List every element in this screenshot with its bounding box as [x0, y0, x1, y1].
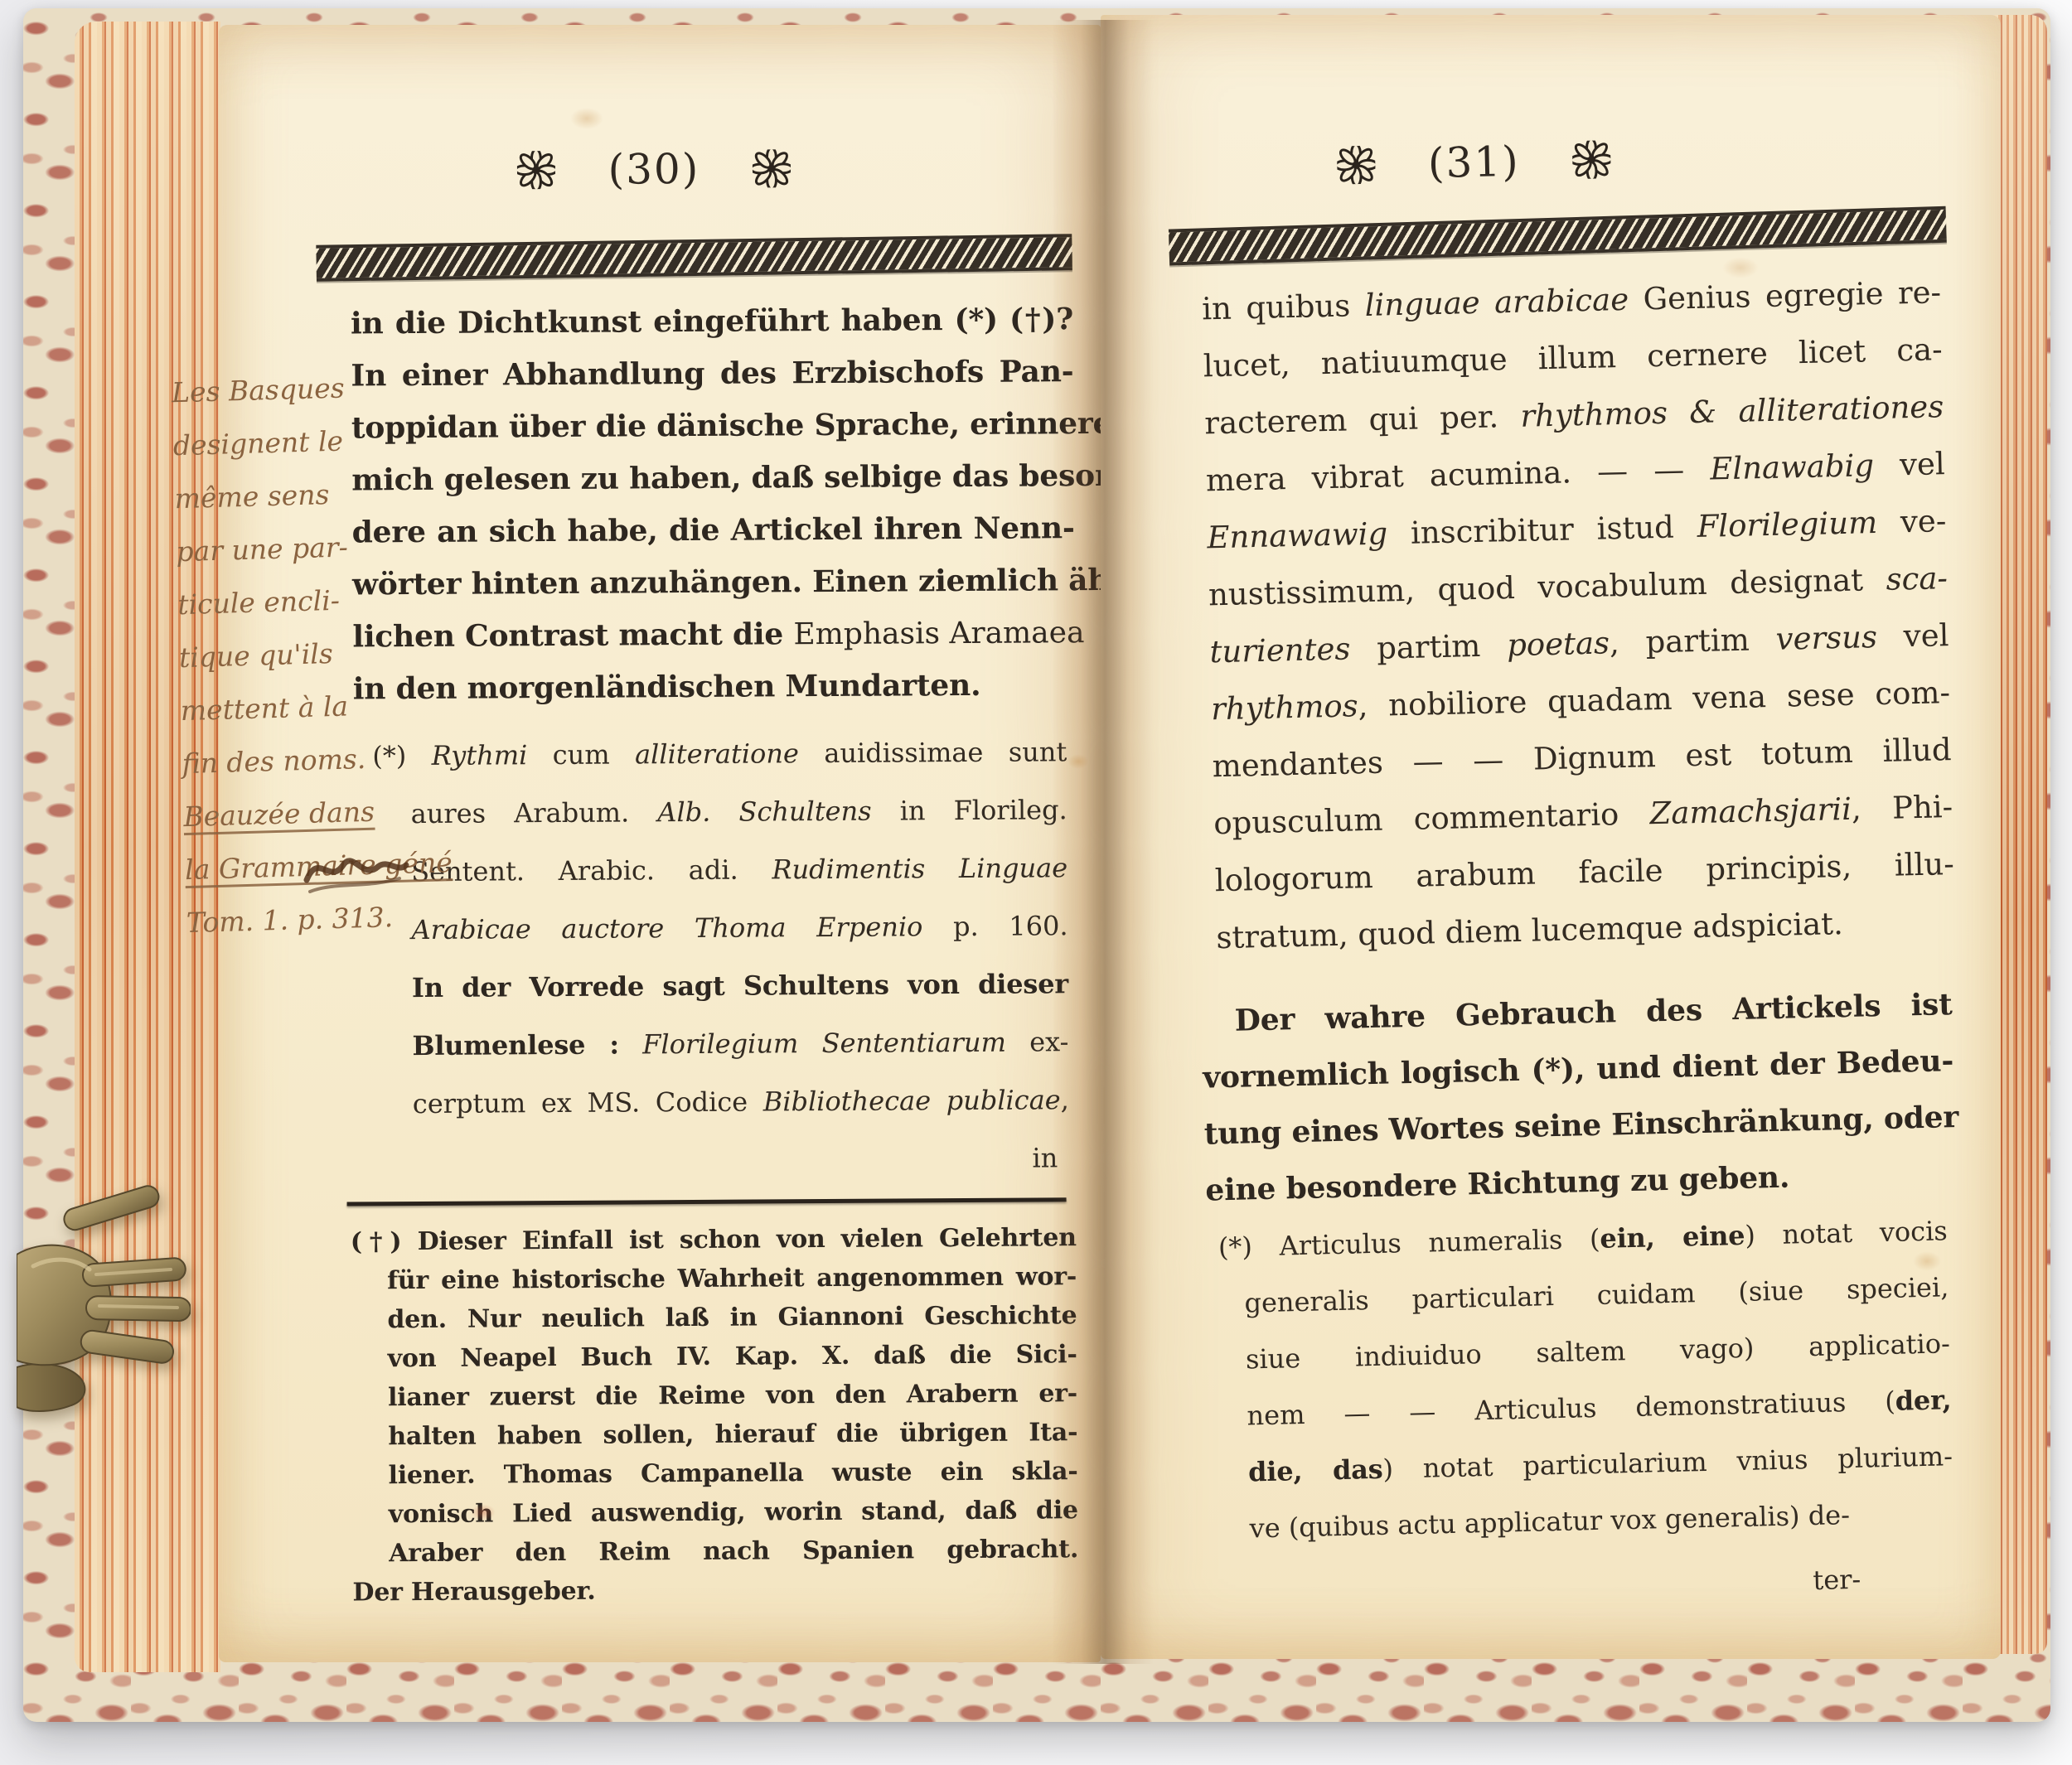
text-line: von Neapel Buch IV. Kap. X. daß die Sici…: [351, 1335, 1077, 1378]
open-book: (30) in die Dichtkunst eingeführt haben …: [23, 8, 2050, 1722]
page-31-header: (31): [1200, 132, 1748, 192]
page-30-footnote-dagger: (†) Dieser Einfall ist schon von vielen …: [351, 1218, 1079, 1612]
text-line: lichen Contrast macht die Emphasis Arama…: [352, 607, 1075, 663]
catchword: ter-: [1813, 1564, 1861, 1596]
text-line: in den morgenländischen Mundarten.: [353, 659, 1076, 715]
rosette-icon: [753, 149, 791, 187]
page-31-german-paragraph: Der wahre Gebrauch des Artickels istvorn…: [1201, 976, 1957, 1218]
page-31-footnote: (*) Articulus numeralis (ein, eine) nota…: [1218, 1202, 1954, 1557]
brass-hand-clasp-icon: [17, 1175, 191, 1440]
chain-ornament-band: [1169, 206, 1947, 266]
text-line: même sens: [174, 466, 424, 525]
text-line: in: [375, 1129, 1069, 1191]
text-line: den. Nur neulich laß in Giannoni Geschic…: [351, 1296, 1077, 1339]
page-31: (31) in quibus linguae arabicae Genius e…: [1101, 15, 2001, 1659]
rosette-icon: [516, 151, 554, 189]
text-line: designent le: [172, 413, 423, 472]
rosette-icon: [1572, 140, 1611, 179]
text-line: Beauzée dans: [183, 784, 433, 844]
page-number-31: (31): [1427, 138, 1520, 187]
text-line: aures Arabum. Alb. Schultens in Florileg…: [372, 781, 1067, 843]
text-line: In der Vorrede sagt Schultens von dieser: [374, 955, 1068, 1017]
text-line: für eine historische Wahrheit angenommen…: [351, 1257, 1077, 1300]
rosette-icon: [1337, 146, 1376, 185]
photo-background: (30) in die Dichtkunst eingeführt haben …: [0, 0, 2072, 1765]
chain-ornament-band: [316, 234, 1072, 282]
text-line: Sentent. Arabic. adi. Rudimentis Linguae: [373, 839, 1067, 901]
text-line: mettent à la: [180, 678, 430, 737]
text-line: halten haben sollen, hierauf die übrigen…: [351, 1413, 1077, 1456]
text-line: toppidan über die dänische Sprache, erin…: [351, 398, 1074, 454]
ink-scribble: [302, 837, 409, 903]
page-number-30: (30): [608, 145, 700, 194]
page-30-main-text: in die Dichtkunst eingeführt haben (*) (…: [351, 293, 1076, 715]
text-line: ticule encli-: [177, 572, 427, 631]
text-line: Blumenlese : Florilegium Sententiarum ex…: [374, 1013, 1068, 1075]
text-line: Araber den Reim nach Spanien gebracht.: [352, 1530, 1078, 1573]
text-line: Arabicae auctore Thoma Erpenio p. 160.: [373, 897, 1067, 959]
text-line: fin des noms.: [182, 731, 432, 791]
text-line: lianer zuerst die Reime von den Arabern …: [351, 1374, 1077, 1417]
text-line: (†) Dieser Einfall ist schon von vielen …: [351, 1218, 1077, 1261]
text-line: (*) Rythmi cum alliteratione auidissimae…: [372, 723, 1067, 785]
page-30-header: (30): [339, 143, 969, 196]
text-line: liener. Thomas Campanella wuste ein skla…: [351, 1452, 1077, 1495]
page-31-main-text: in quibus linguae arabicae Genius egregi…: [1201, 264, 1956, 966]
text-line: in die Dichtkunst eingeführt haben (*) (…: [351, 293, 1073, 350]
text-line: In einer Abhandlung des Erzbischofs Pan-: [351, 346, 1073, 402]
text-line: vonisch Lied auswendig, worin stand, daß…: [352, 1491, 1078, 1534]
text-line: par une par-: [176, 519, 426, 578]
page-31-content: (31) in quibus linguae arabicae Genius e…: [1081, 0, 2018, 1660]
page-30-footnote-star: (*) Rythmi cum alliteratione auidissimae…: [372, 723, 1069, 1191]
text-line: Les Basques: [171, 360, 421, 419]
text-line: tique qu'ils: [178, 625, 428, 684]
text-line: cerptum ex MS. Codice Bibliothecae publi…: [375, 1071, 1069, 1133]
text-line: mich gelesen zu haben, daß selbige das b…: [351, 450, 1074, 506]
text-line: wörter hinten anzuhängen. Einen ziemlich…: [352, 554, 1075, 611]
text-line: Der Herausgeber.: [352, 1569, 1078, 1612]
footnote-separator-rule: [347, 1197, 1067, 1206]
text-line: dere an sich habe, die Artickel ihren Ne…: [351, 502, 1074, 559]
